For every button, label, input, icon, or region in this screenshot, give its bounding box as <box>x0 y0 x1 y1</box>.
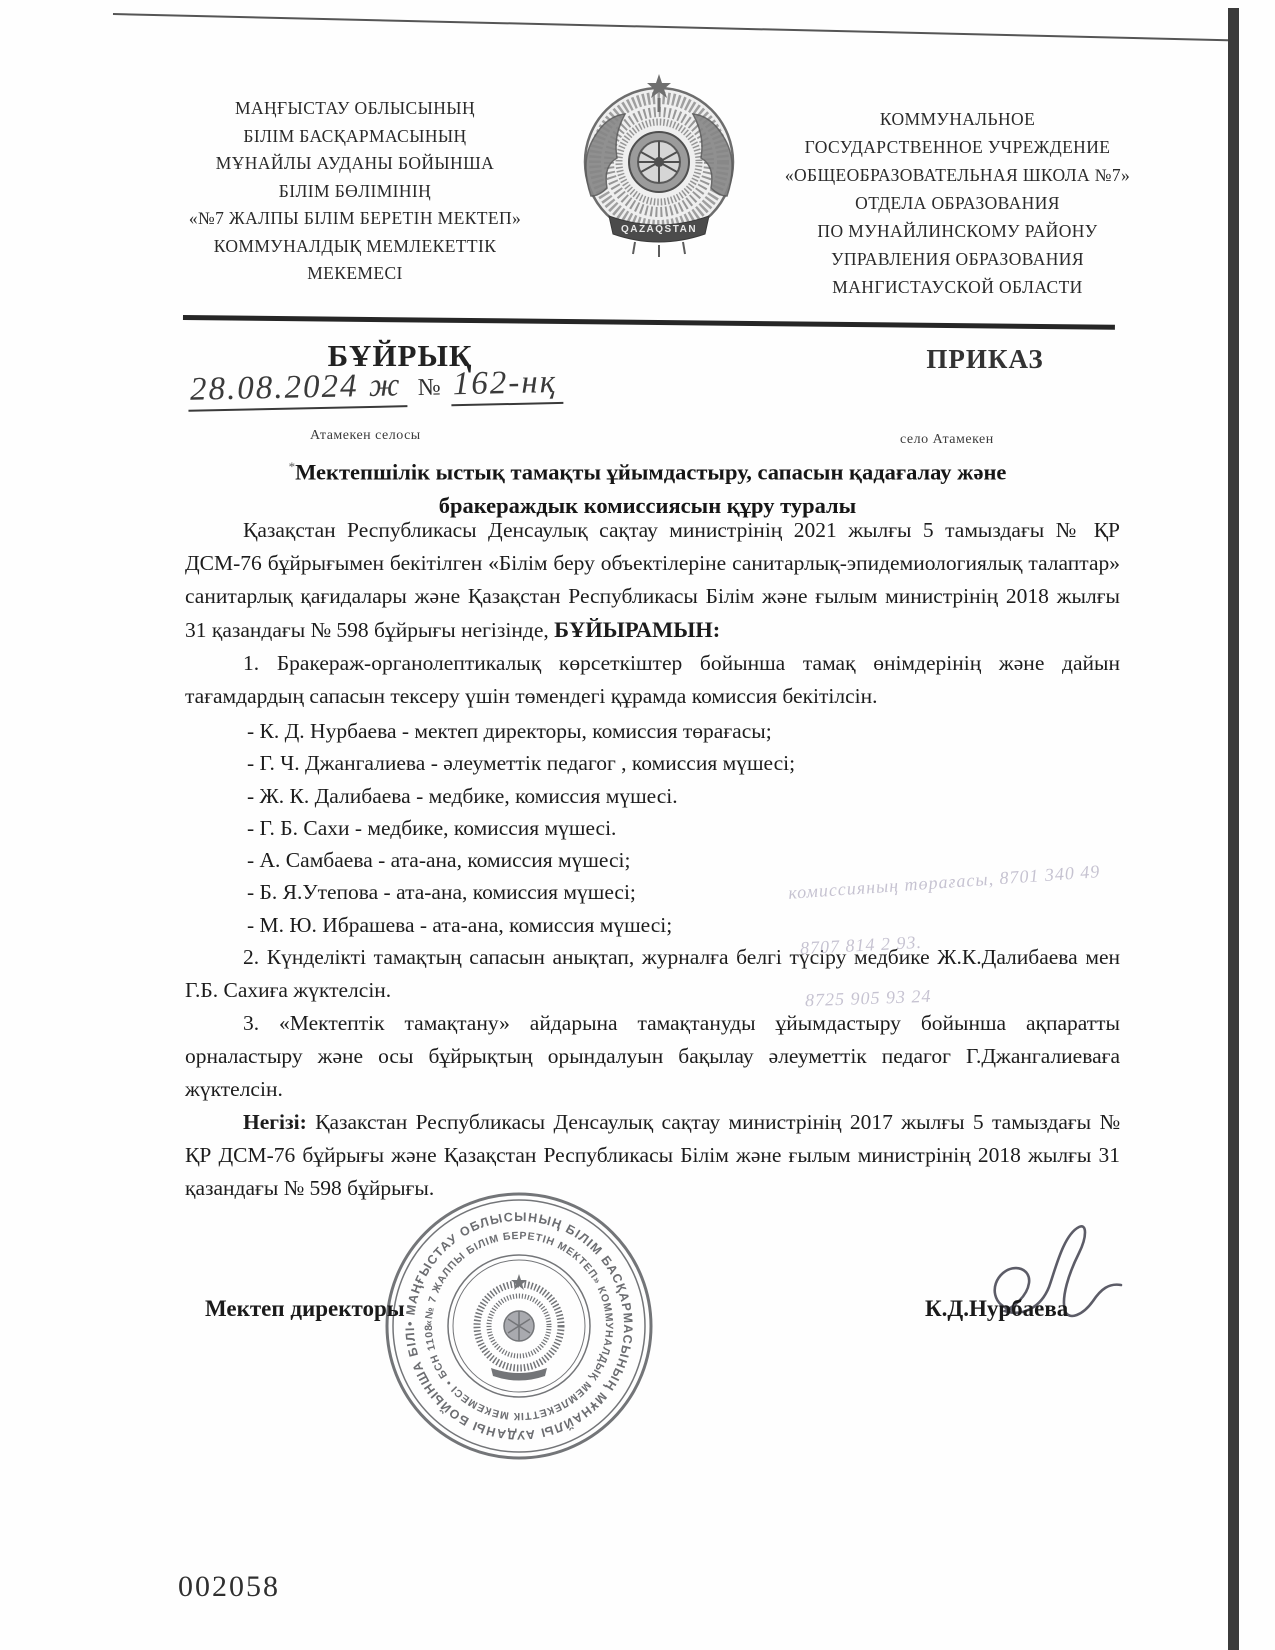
form-serial-number: 002058 <box>178 1570 280 1604</box>
order-title-line1: Мектепшілік ыстық тамақты ұйымдастыру, с… <box>295 460 1006 485</box>
order-title: *Мектепшілік ыстық тамақты ұйымдастыру, … <box>195 450 1100 522</box>
org-left-line: МЕКЕМЕСІ <box>170 260 540 288</box>
commission-member: - Ж. К. Далибаева - медбике, комиссия мү… <box>247 780 1120 812</box>
basis-text: Қазакстан Республикасы Денсаулық сақтау … <box>185 1110 1120 1200</box>
number-sign: № <box>417 374 440 400</box>
kazakhstan-coat-of-arms-icon: QAZAQSTAN <box>573 66 745 266</box>
commission-members-list: - К. Д. Нурбаева - мектеп директоры, ком… <box>185 715 1120 941</box>
director-signature <box>975 1215 1160 1345</box>
header-divider-rule <box>183 315 1115 330</box>
place-russian: село Атамекен <box>900 432 994 448</box>
org-left-line: БІЛІМ БАСҚАРМАСЫНЫҢ <box>170 123 540 151</box>
org-right-line: КОММУНАЛЬНОЕ <box>765 105 1150 133</box>
pencil-annotation: 8725 905 93 24 <box>805 986 932 1011</box>
commission-member: - Г. Ч. Джангалиева - әлеуметтік педагог… <box>247 747 1120 779</box>
org-left-line: КОММУНАЛДЫҚ МЕМЛЕКЕТТІК <box>170 233 540 261</box>
org-right-line: ПО МУНАЙЛИНСКОМУ РАЙОНУ <box>765 217 1150 245</box>
preamble-paragraph: Қазақстан Республикасы Денсаулық сақтау … <box>185 514 1120 647</box>
org-name-kazakh: МАҢҒЫСТАУ ОБЛЫСЫНЫҢ БІЛІМ БАСҚАРМАСЫНЫҢ … <box>170 95 540 288</box>
order-body: Қазақстан Республикасы Денсаулық сақтау … <box>185 514 1120 1205</box>
director-name: К.Д.Нурбаева <box>925 1296 1068 1322</box>
handwritten-date: 28.08.2024 ж <box>188 367 408 412</box>
commission-member: - М. Ю. Ибрашева - ата-ана, комиссия мүш… <box>247 909 1120 941</box>
commission-member: - Г. Б. Сахи - медбике, комиссия мүшесі. <box>247 812 1120 844</box>
org-right-line: ОТДЕЛА ОБРАЗОВАНИЯ <box>765 189 1150 217</box>
item-3-paragraph: 3. «Мектептік тамақтану» айдарына тамақт… <box>185 1007 1120 1106</box>
org-right-line: УПРАВЛЕНИЯ ОБРАЗОВАНИЯ <box>765 245 1150 273</box>
org-left-line: МАҢҒЫСТАУ ОБЛЫСЫНЫҢ <box>170 95 540 123</box>
scan-page-edge-line <box>113 13 1233 41</box>
item-1-paragraph: 1. Бракераж-органолептикалық көрсеткіште… <box>185 647 1120 713</box>
official-round-stamp: • МАҢҒЫСТАУ ОБЛЫСЫНЫҢ БІЛІМ БАСҚАРМАСЫНЫ… <box>383 1190 655 1467</box>
org-right-line: «ОБЩЕОБРАЗОВАТЕЛЬНАЯ ШКОЛА №7» <box>765 161 1150 189</box>
handwritten-order-number: 162-нқ <box>450 364 563 406</box>
commission-member: - К. Д. Нурбаева - мектеп директоры, ком… <box>247 715 1120 747</box>
emblem-banner-text: QAZAQSTAN <box>621 224 697 235</box>
order-heading-russian: ПРИКАЗ <box>880 344 1090 375</box>
scan-edge-bar <box>1228 8 1239 1650</box>
handwritten-date-number: 28.08.2024 ж № 162-нқ <box>188 364 549 409</box>
org-name-russian: КОММУНАЛЬНОЕ ГОСУДАРСТВЕННОЕ УЧРЕЖДЕНИЕ … <box>765 105 1150 301</box>
org-left-line: БІЛІМ БӨЛІМІНІҢ <box>170 178 540 206</box>
place-kazakh: Атамекен селосы <box>310 428 421 444</box>
scanned-order-document: МАҢҒЫСТАУ ОБЛЫСЫНЫҢ БІЛІМ БАСҚАРМАСЫНЫҢ … <box>0 0 1275 1650</box>
item-2-paragraph: 2. Күнделікті тамақтың сапасын анықтап, … <box>185 941 1120 1007</box>
org-right-line: ГОСУДАРСТВЕННОЕ УЧРЕЖДЕНИЕ <box>765 133 1150 161</box>
org-right-line: МАНГИСТАУСКОЙ ОБЛАСТИ <box>765 273 1150 301</box>
org-left-line: «№7 ЖАЛПЫ БІЛІМ БЕРЕТІН МЕКТЕП» <box>170 205 540 233</box>
org-left-line: МҰНАЙЛЫ АУДАНЫ БОЙЫНША <box>170 150 540 178</box>
director-role-label: Мектеп директоры <box>205 1296 405 1322</box>
basis-label: Негізі: <box>243 1110 307 1134</box>
resolve-word: БҰЙЫРАМЫН: <box>554 617 720 642</box>
